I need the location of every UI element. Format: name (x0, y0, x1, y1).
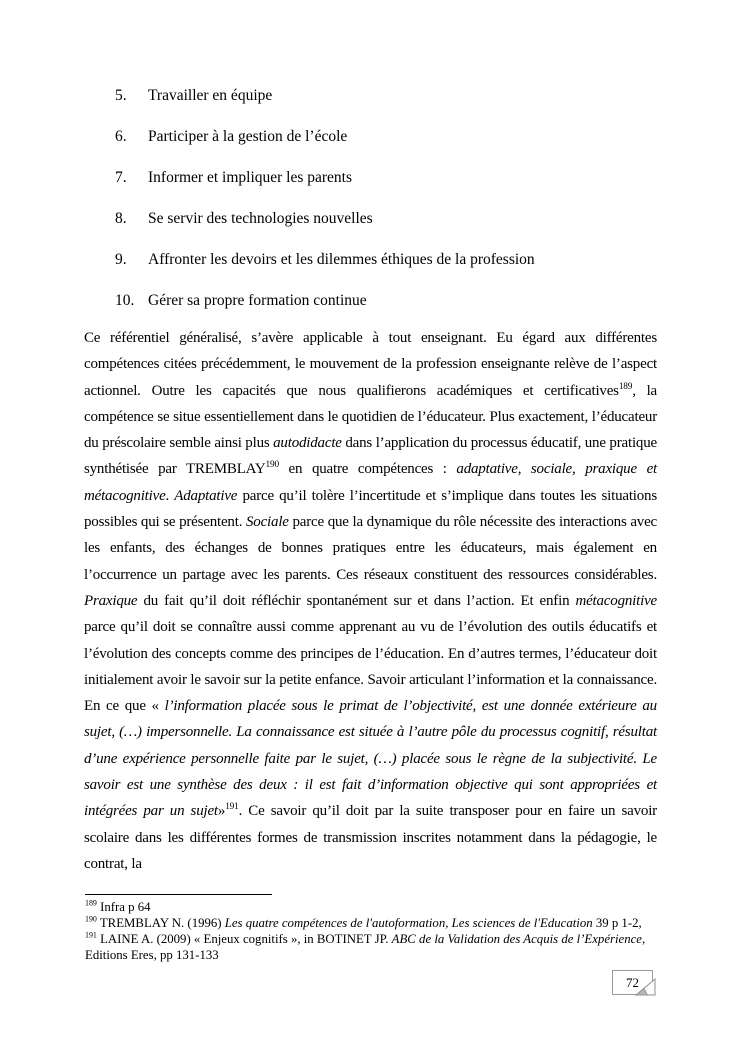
footnote-number: 191 (85, 931, 97, 940)
list-item: 8. Se servir des technologies nouvelles (115, 209, 535, 228)
footnote-text: TREMBLAY N. (1996) Les quatre compétence… (97, 916, 642, 930)
list-item: 7. Informer et impliquer les parents (115, 168, 535, 187)
footnote: 189 Infra p 64 (85, 900, 657, 916)
list-item-text: Informer et impliquer les parents (148, 168, 352, 187)
footnote: 191 LAINE A. (2009) « Enjeux cognitifs »… (85, 932, 657, 964)
footnote-text: Infra p 64 (97, 900, 151, 914)
footnote-text: LAINE A. (2009) « Enjeux cognitifs », in… (85, 932, 645, 962)
list-item: 5. Travailler en équipe (115, 86, 535, 105)
list-item-number: 5. (115, 86, 148, 105)
document-page: 5. Travailler en équipe 6. Participer à … (0, 0, 744, 1053)
footnote-number: 190 (85, 915, 97, 924)
competency-list: 5. Travailler en équipe 6. Participer à … (115, 86, 535, 332)
list-item-text: Affronter les devoirs et les dilemmes ét… (148, 250, 535, 269)
footnotes-section: 189 Infra p 64 190 TREMBLAY N. (1996) Le… (85, 894, 657, 964)
footnote-list: 189 Infra p 64 190 TREMBLAY N. (1996) Le… (85, 900, 657, 964)
list-item-number: 8. (115, 209, 148, 228)
list-item-text: Gérer sa propre formation continue (148, 291, 367, 310)
list-item: 6. Participer à la gestion de l’école (115, 127, 535, 146)
list-item-text: Se servir des technologies nouvelles (148, 209, 373, 228)
footnote-separator (85, 894, 272, 895)
body-paragraph: Ce référentiel généralisé, s’avère appli… (84, 325, 657, 877)
list-item: 9. Affronter les devoirs et les dilemmes… (115, 250, 535, 269)
list-item: 10. Gérer sa propre formation continue (115, 291, 535, 310)
footnote-number: 189 (85, 899, 97, 908)
list-item-text: Travailler en équipe (148, 86, 272, 105)
page-curl-icon (634, 978, 658, 999)
list-item-number: 6. (115, 127, 148, 146)
list-item-number: 7. (115, 168, 148, 187)
list-item-text: Participer à la gestion de l’école (148, 127, 347, 146)
list-item-number: 9. (115, 250, 148, 269)
list-item-number: 10. (115, 291, 148, 310)
footnote: 190 TREMBLAY N. (1996) Les quatre compét… (85, 916, 657, 932)
